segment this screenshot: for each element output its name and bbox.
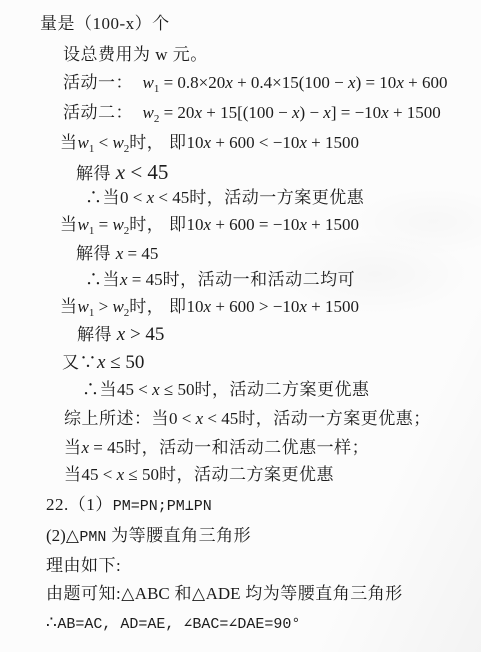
math-text: x (147, 188, 155, 207)
math-text: w (78, 297, 89, 316)
math-text: ABC (135, 584, 170, 603)
solution-line: 当w1 > w2时， 即10x + 600 > −10x + 1500 (60, 296, 359, 321)
math-text: 10 (187, 297, 204, 316)
math-text: x (204, 297, 212, 316)
math-text: w (143, 73, 154, 92)
math-text: + 600 (404, 73, 448, 92)
math-text: ADE (206, 584, 241, 603)
math-text: + 600 = −10 (211, 215, 299, 234)
solution-line: 当45 < x ≤ 50时，活动二方案更优惠 (64, 464, 334, 485)
cn-text: 活动一： (63, 73, 143, 92)
cn-text: 时，活动一方案更优惠 (189, 188, 364, 207)
math-text: x (299, 215, 307, 234)
math-text: w (143, 103, 154, 122)
cn-text: 解得 (76, 244, 116, 263)
math-text: ≤ 50 (160, 380, 195, 399)
math-text: x (117, 324, 125, 345)
math-text: < 45 (203, 409, 238, 428)
math-text: (2) (46, 526, 66, 545)
cn-text: 设总费用为 w 元。 (63, 45, 208, 64)
latin-label-text: AB=AC, AD=AE, ∠BAC=∠DAE=90° (57, 616, 300, 633)
cn-text: 均为等腰直角三角形 (241, 584, 403, 603)
math-text: w (112, 297, 123, 316)
cn-text: 时， 即 (129, 215, 186, 234)
cn-text: ∴当 (85, 270, 120, 289)
math-text: 10 (187, 133, 204, 152)
solution-line: 当x = 45时，活动一和活动二优惠一样； (64, 437, 369, 458)
document-page: 量是（100-x）个设总费用为 w 元。活动一： w1 = 0.8×20x + … (0, 0, 481, 652)
math-text: x (396, 73, 404, 92)
cn-text: 时，活动一和活动二均可 (163, 270, 356, 289)
solution-line: 量是（100-x）个 (40, 13, 170, 34)
math-text: < 45 (125, 160, 168, 184)
math-text: = 45 (123, 244, 158, 263)
math-text: = 45 (128, 270, 163, 289)
cn-text: 量是（100-x）个 (40, 14, 170, 33)
cn-text: 22.（1） (46, 495, 113, 514)
cn-text: 时， 即 (129, 133, 186, 152)
solution-line: 22.（1）PM=PN;PM⊥PN (46, 494, 212, 517)
solution-line: 解得 x > 45 (77, 323, 164, 347)
cn-text: 时，活动一方案更优惠； (238, 409, 431, 428)
cn-text: 当 (64, 465, 82, 484)
latin-label-text: PMN (79, 529, 106, 546)
cn-text: 活动二： (63, 103, 143, 122)
solution-line: 解得 x < 45 (76, 159, 168, 185)
cn-text: 时，活动二方案更优惠 (194, 380, 369, 399)
math-text: + 1500 (307, 133, 359, 152)
math-text: = (94, 215, 112, 234)
math-text: x (194, 103, 202, 122)
math-text: x (292, 103, 300, 122)
math-text: + 1500 (307, 215, 359, 234)
math-text: 45 < (117, 380, 152, 399)
cn-text: 当 (60, 133, 78, 152)
cn-text: 由题可知:△ (46, 584, 135, 603)
solution-line: ∴当45 < x ≤ 50时，活动二方案更优惠 (82, 379, 369, 400)
solution-line: ∴当x = 45时，活动一和活动二均可 (85, 269, 355, 290)
cn-text: 当 (60, 215, 78, 234)
math-text: + 15[(100 − (202, 103, 292, 122)
latin-label-text: PM=PN;PM⊥PN (113, 498, 212, 515)
math-text: ≤ 50 (124, 465, 159, 484)
math-text: < 45 (154, 188, 189, 207)
solution-line: 当w1 = w2时， 即10x + 600 = −10x + 1500 (60, 214, 359, 239)
solution-line: 解得 x = 45 (76, 243, 158, 264)
math-text: = 45 (89, 438, 124, 457)
math-text: 10 (187, 215, 204, 234)
solution-line: ∴AB=AC, AD=AE, ∠BAC=∠DAE=90° (46, 612, 300, 635)
math-text: x (381, 103, 389, 122)
cn-text: 时， 即 (129, 297, 186, 316)
cn-text: 当 (60, 297, 78, 316)
math-text: x (225, 73, 233, 92)
math-text: ] = −10 (331, 103, 381, 122)
cn-text: 解得 (77, 325, 117, 344)
solution-line: 活动二： w2 = 20x + 15[(100 − x) − x] = −10x… (63, 102, 441, 127)
solution-line: ∴当0 < x < 45时，活动一方案更优惠 (85, 187, 364, 208)
cn-text: ∴ (46, 613, 57, 632)
math-text: ) − (300, 103, 324, 122)
math-text: + 0.4×15(100 − (233, 73, 348, 92)
cn-text: 时，活动二方案更优惠 (159, 465, 334, 484)
cn-text: ∴当 (85, 188, 120, 207)
math-text: = 20 (159, 103, 194, 122)
cn-text: 当 (64, 438, 82, 457)
cn-text: 时，活动一和活动二优惠一样； (124, 438, 369, 457)
math-text: x (116, 160, 125, 184)
math-text: + 1500 (307, 297, 359, 316)
math-text: x (323, 103, 331, 122)
math-text: x (299, 133, 307, 152)
solution-line: 理由如下: (46, 555, 121, 576)
math-text: = 0.8×20 (159, 73, 225, 92)
math-text: w (112, 215, 123, 234)
solution-line: (2)△PMN 为等腰直角三角形 (46, 525, 251, 548)
solution-line: 由题可知:△ABC 和△ADE 均为等腰直角三角形 (46, 583, 403, 604)
math-text: 45 < (82, 465, 117, 484)
cn-text: 和△ (170, 584, 206, 603)
math-text: w (78, 215, 89, 234)
solution-line: 活动一： w1 = 0.8×20x + 0.4×15(100 − x) = 10… (63, 72, 447, 97)
math-text: x (204, 215, 212, 234)
solution-line: 设总费用为 w 元。 (63, 44, 208, 65)
math-text: 0 < (169, 409, 196, 428)
math-text: 0 < (120, 188, 147, 207)
math-text: ) = 10 (356, 73, 397, 92)
cn-text: 又∵ (62, 353, 97, 372)
math-text: x (204, 133, 212, 152)
math-text: ≤ 50 (105, 352, 144, 373)
math-text: + 600 > −10 (211, 297, 299, 316)
math-text: > 45 (125, 324, 164, 345)
math-text: < (94, 133, 112, 152)
math-text: x (82, 438, 90, 457)
math-text: > (94, 297, 112, 316)
math-text: x (196, 409, 204, 428)
cn-text: 为等腰直角三角形 (106, 526, 251, 545)
cn-text: ∴当 (82, 380, 117, 399)
math-text: x (117, 465, 125, 484)
math-text: x (152, 380, 160, 399)
math-text: x (120, 270, 128, 289)
solution-line: 当w1 < w2时， 即10x + 600 < −10x + 1500 (60, 132, 359, 157)
math-text: + 600 < −10 (211, 133, 299, 152)
cn-text: 综上所述：当 (64, 409, 169, 428)
solution-line: 又∵x ≤ 50 (62, 351, 144, 375)
cn-text: 理由如下: (46, 556, 121, 575)
solution-line: 综上所述：当0 < x < 45时，活动一方案更优惠； (64, 408, 431, 429)
math-text: x (348, 73, 356, 92)
cn-text: 解得 (76, 164, 116, 183)
cn-text: △ (66, 526, 80, 545)
math-text: w (78, 133, 89, 152)
math-text: x (299, 297, 307, 316)
math-text: + 1500 (389, 103, 441, 122)
math-text: w (112, 133, 123, 152)
